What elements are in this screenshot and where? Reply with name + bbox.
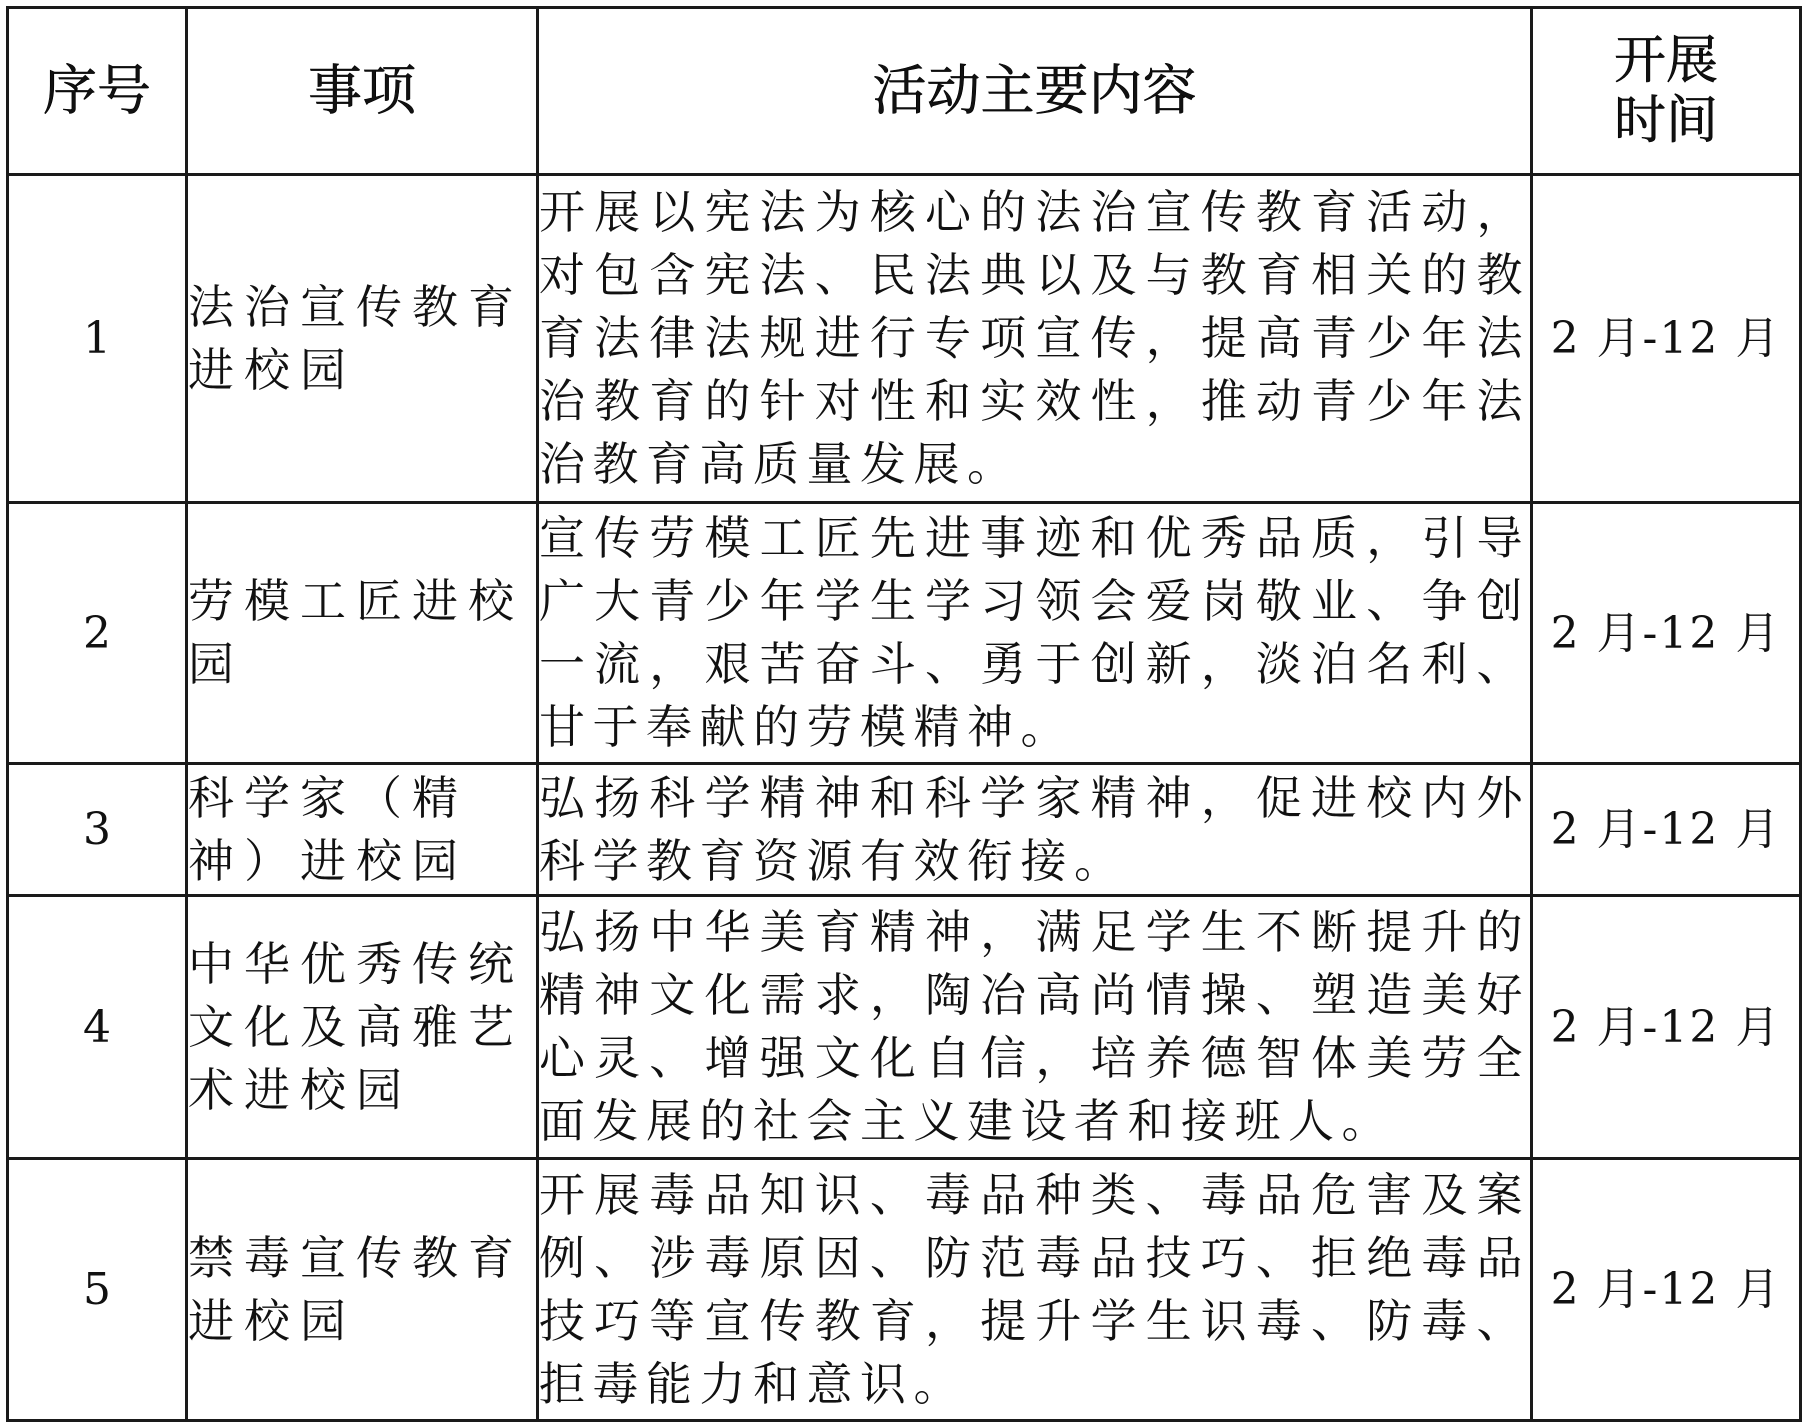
row-index: 1 <box>8 175 187 503</box>
table-row: 1 法治宣传教育进校园 开展以宪法为核心的法治宣传教育活动，对包含宪法、民法典以… <box>8 175 1801 503</box>
row-item: 禁毒宣传教育进校园 <box>187 1159 538 1421</box>
row-content: 弘扬中华美育精神，满足学生不断提升的精神文化需求，陶冶高尚情操、塑造美好心灵、增… <box>538 896 1532 1159</box>
row-index: 2 <box>8 503 187 764</box>
row-item: 法治宣传教育进校园 <box>187 175 538 503</box>
row-time: 2 月-12 月 <box>1532 175 1801 503</box>
table-row: 5 禁毒宣传教育进校园 开展毒品知识、毒品种类、毒品危害及案例、涉毒原因、防范毒… <box>8 1159 1801 1421</box>
row-time: 2 月-12 月 <box>1532 1159 1801 1421</box>
header-row: 序号 事项 活动主要内容 开展 时间 <box>8 8 1801 175</box>
row-content: 开展以宪法为核心的法治宣传教育活动，对包含宪法、民法典以及与教育相关的教育法律法… <box>538 175 1532 503</box>
row-content: 弘扬科学精神和科学家精神，促进校内外科学教育资源有效衔接。 <box>538 764 1532 896</box>
row-index: 5 <box>8 1159 187 1421</box>
header-time: 开展 时间 <box>1532 8 1801 175</box>
row-item: 中华优秀传统文化及高雅艺术进校园 <box>187 896 538 1159</box>
table-row: 3 科学家（精神）进校园 弘扬科学精神和科学家精神，促进校内外科学教育资源有效衔… <box>8 764 1801 896</box>
row-time: 2 月-12 月 <box>1532 896 1801 1159</box>
header-time-line2: 时间 <box>1533 91 1799 151</box>
row-index: 4 <box>8 896 187 1159</box>
table-row: 4 中华优秀传统文化及高雅艺术进校园 弘扬中华美育精神，满足学生不断提升的精神文… <box>8 896 1801 1159</box>
row-time: 2 月-12 月 <box>1532 764 1801 896</box>
activity-table: 序号 事项 活动主要内容 开展 时间 1 法治宣传教育进校园 开展以宪法为核心的… <box>6 6 1802 1422</box>
table-row: 2 劳模工匠进校园 宣传劳模工匠先进事迹和优秀品质，引导广大青少年学生学习领会爱… <box>8 503 1801 764</box>
header-index: 序号 <box>8 8 187 175</box>
row-item: 科学家（精神）进校园 <box>187 764 538 896</box>
row-item: 劳模工匠进校园 <box>187 503 538 764</box>
row-content: 开展毒品知识、毒品种类、毒品危害及案例、涉毒原因、防范毒品技巧、拒绝毒品技巧等宣… <box>538 1159 1532 1421</box>
header-time-line1: 开展 <box>1533 31 1799 91</box>
row-index: 3 <box>8 764 187 896</box>
header-content: 活动主要内容 <box>538 8 1532 175</box>
header-item: 事项 <box>187 8 538 175</box>
row-content: 宣传劳模工匠先进事迹和优秀品质，引导广大青少年学生学习领会爱岗敬业、争创一流，艰… <box>538 503 1532 764</box>
row-time: 2 月-12 月 <box>1532 503 1801 764</box>
